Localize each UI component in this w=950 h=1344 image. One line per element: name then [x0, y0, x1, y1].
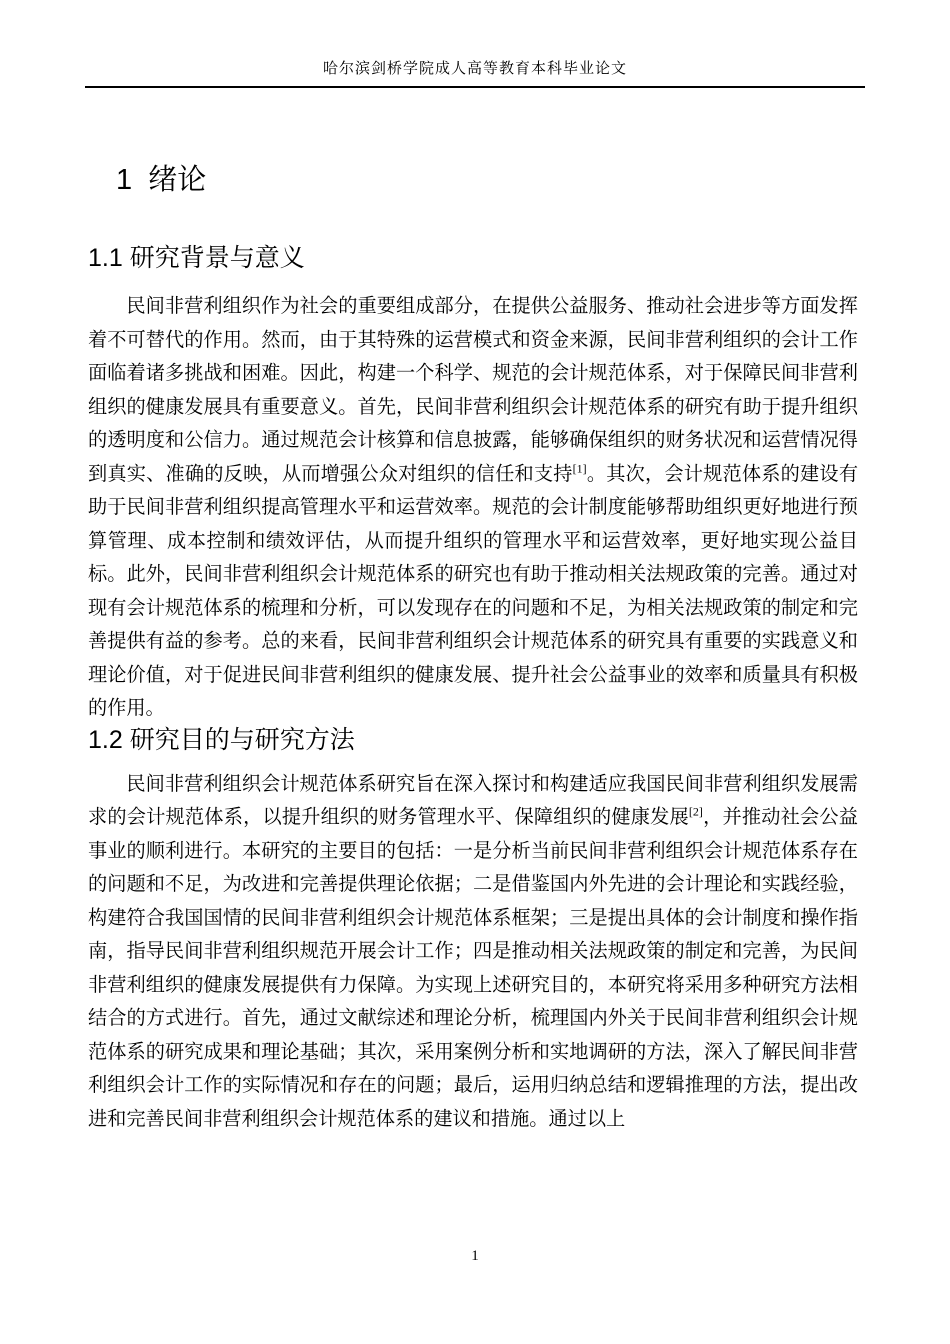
page-header: 哈尔滨剑桥学院成人高等教育本科毕业论文 [85, 0, 865, 88]
paragraph-1-1: 民间非营利组织作为社会的重要组成部分，在提供公益服务、推动社会进步等方面发挥着不… [88, 290, 858, 726]
page-content: 1 绪论 1.1 研究背景与意义 民间非营利组织作为社会的重要组成部分，在提供公… [88, 164, 858, 1136]
thesis-page: 哈尔滨剑桥学院成人高等教育本科毕业论文 1 绪论 1.1 研究背景与意义 民间非… [0, 0, 950, 1344]
section-heading-1-1: 1.1 研究背景与意义 [88, 244, 858, 272]
page-number: 1 [0, 1246, 950, 1266]
citation-ref-2: [2] [689, 805, 703, 819]
paragraph-1-2: 民间非营利组织会计规范体系研究旨在深入探讨和构建适应我国民间非营利组织发展需求的… [88, 768, 858, 1137]
section-heading-1-2: 1.2 研究目的与研究方法 [88, 726, 858, 754]
paragraph-1-2-text-after-ref: ，并推动社会公益事业的顺利进行。本研究的主要目的包括：一是分析当前民间非营利组织… [88, 807, 858, 1130]
chapter-heading: 1 绪论 [88, 164, 858, 196]
citation-ref-1: [1] [573, 461, 587, 475]
paragraph-1-1-text-after-ref: 。其次，会计规范体系的建设有助于民间非营利组织提高管理水平和运营效率。规范的会计… [88, 464, 858, 720]
header-title: 哈尔滨剑桥学院成人高等教育本科毕业论文 [323, 61, 627, 77]
paragraph-1-1-text-before-ref: 民间非营利组织作为社会的重要组成部分，在提供公益服务、推动社会进步等方面发挥着不… [88, 296, 858, 485]
